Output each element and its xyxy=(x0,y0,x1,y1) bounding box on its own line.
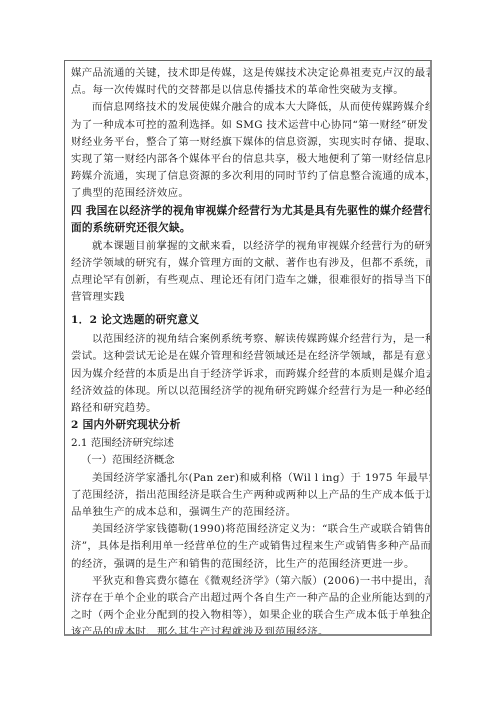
heading-line: 四 我国在以经济学的视角审视媒介经营行为尤其是具有先驱性的媒介经营行为方 xyxy=(71,203,424,221)
text-line: 济存在于单个企业的联合产出超过两个各自生产一种产品的企业所能达到的产量 xyxy=(71,590,424,607)
subheading-line: 2.1 范围经济研究综述 xyxy=(71,435,424,452)
text-line: 了范围经济，指出范围经济是联合生产两种或两种以上产品的生产成本低于这些产 xyxy=(71,487,424,504)
text-line: 媒产品流通的关键，技术即是传媒，这是传媒技术决定论鼻祖麦克卢汉的最著名观 xyxy=(71,65,424,82)
paragraph-mcluhan: 媒产品流通的关键，技术即是传媒，这是传媒技术决定论鼻祖麦克卢汉的最著名观 点。每… xyxy=(71,65,424,99)
subheading-2-1: 2.1 范围经济研究综述 xyxy=(71,435,424,452)
heading-1-2-research-significance: 1．2 论文选题的研究意义 xyxy=(71,312,424,330)
text-line: 点。每一次传媒时代的交替都是以信息传播技术的革命性突破为支撑。 xyxy=(71,82,424,99)
text-line: 就本课题目前掌握的文献来看，以经济学的视角审视媒介经营行为的研究媒介 xyxy=(71,238,424,255)
text-line: 的经济，强调的是生产和销售的范围经济，比生产的范围经济更进一步。 xyxy=(71,556,424,573)
paragraph-pindyck-rubinfeld: 平狄克和鲁宾费尔德在《微观经济学》（第六版）(2006)一书中提出，范围经 济存… xyxy=(71,573,424,636)
text-line: 以范围经济的视角结合案例系统考察、解读传媒跨媒介经营行为，是一种新的 xyxy=(71,331,424,348)
heading-line: 面的系统研究还很欠缺。 xyxy=(71,220,424,238)
text-line: 之时（两个企业分配到的投入物相等），如果企业的联合生产成本低于单独企业生产 xyxy=(71,607,424,624)
subheading-line: （一）范围经济概念 xyxy=(81,452,424,469)
text-line: 营管理实践 xyxy=(71,289,424,306)
document-text-frame: 媒产品流通的关键，技术即是传媒，这是传媒技术决定论鼻祖麦克卢汉的最著名观 点。每… xyxy=(64,60,432,636)
text-line: 该产品的成本时，那么其生产过程就涉及到范围经济。 xyxy=(71,624,424,636)
text-line: 了典型的范围经济效应。 xyxy=(71,185,424,202)
paragraph-chandler: 美国经济学家钱德勒(1990)将范围经济定义为：“联合生产或联合销售的经 济”，… xyxy=(71,521,424,573)
text-line: 财经业务平台，整合了第一财经旗下媒体的信息资源，实现实时存储、提取、调用， xyxy=(71,134,424,151)
text-line: 因为媒介经营的本质是出自于经济学诉求，而跨媒介经营的本质则是媒介追去范围 xyxy=(71,366,424,383)
text-line: 美国经济学家钱德勒(1990)将范围经济定义为：“联合生产或联合销售的经 xyxy=(71,521,424,538)
text-line: 济”，具体是指利用单一经营单位的生产或销售过程来生产或销售多种产品而产生 xyxy=(71,538,424,555)
heading-line: 2 国内外研究现状分析 xyxy=(71,417,424,435)
heading-2-research-status: 2 国内外研究现状分析 xyxy=(71,417,424,435)
paragraph-literature-review: 就本课题目前掌握的文献来看，以经济学的视角审视媒介经营行为的研究媒介 经济学领域… xyxy=(71,238,424,307)
paragraph-smg-case: 而信息网络技术的发展使媒介融合的成本大大降低，从而使传媒跨媒介经营成 为了一种成… xyxy=(71,99,424,202)
text-line: 点理论罕有创新，有些观点、理论还有闭门造车之嫌，很难很好的指导当下的媒介经 xyxy=(71,272,424,289)
text-line: 尝试。这种尝试无论是在媒介管理和经营领域还是在经济学领域，都是有意义的。 xyxy=(71,348,424,365)
text-line: 跨媒介流通，实现了信息资源的多次利用的同时节约了信息整合流通的成本，产生 xyxy=(71,168,424,185)
text-line: 美国经济学家潘扎尔(Pan zer)和威利格（Wil l ing）于 1975 … xyxy=(71,470,424,487)
paragraph-panzer-willig: 美国经济学家潘扎尔(Pan zer)和威利格（Wil l ing）于 1975 … xyxy=(71,470,424,522)
text-line: 经济学领域的研究有，媒介管理方面的文献、著作也有涉及，但都不系统，而且观 xyxy=(71,255,424,272)
text-line: 实现了第一财经内部各个媒体平台的信息共享，极大地便利了第一财经信息内容的 xyxy=(71,151,424,168)
text-line: 经济效益的体现。所以以范围经济学的视角研究跨媒介经营行为是一种必经的学术 xyxy=(71,383,424,400)
paragraph-significance: 以范围经济的视角结合案例系统考察、解读传媒跨媒介经营行为，是一种新的 尝试。这种… xyxy=(71,331,424,417)
text-line: 平狄克和鲁宾费尔德在《微观经济学》（第六版）(2006)一书中提出，范围经 xyxy=(71,573,424,590)
text-line: 路径和研究趋势。 xyxy=(71,400,424,417)
text-line: 为了一种成本可控的盈利选择。如 SMG 技术运营中心协同“第一财经”研发了第一 xyxy=(71,117,424,134)
heading-section-four: 四 我国在以经济学的视角审视媒介经营行为尤其是具有先驱性的媒介经营行为方 面的系… xyxy=(71,203,424,238)
text-line: 品单独生产的成本总和，强调生产的范围经济。 xyxy=(71,504,424,521)
heading-line: 1．2 论文选题的研究意义 xyxy=(71,312,424,330)
subheading-scope-economy-concept: （一）范围经济概念 xyxy=(71,452,424,469)
text-line: 而信息网络技术的发展使媒介融合的成本大大降低，从而使传媒跨媒介经营成 xyxy=(71,99,424,116)
